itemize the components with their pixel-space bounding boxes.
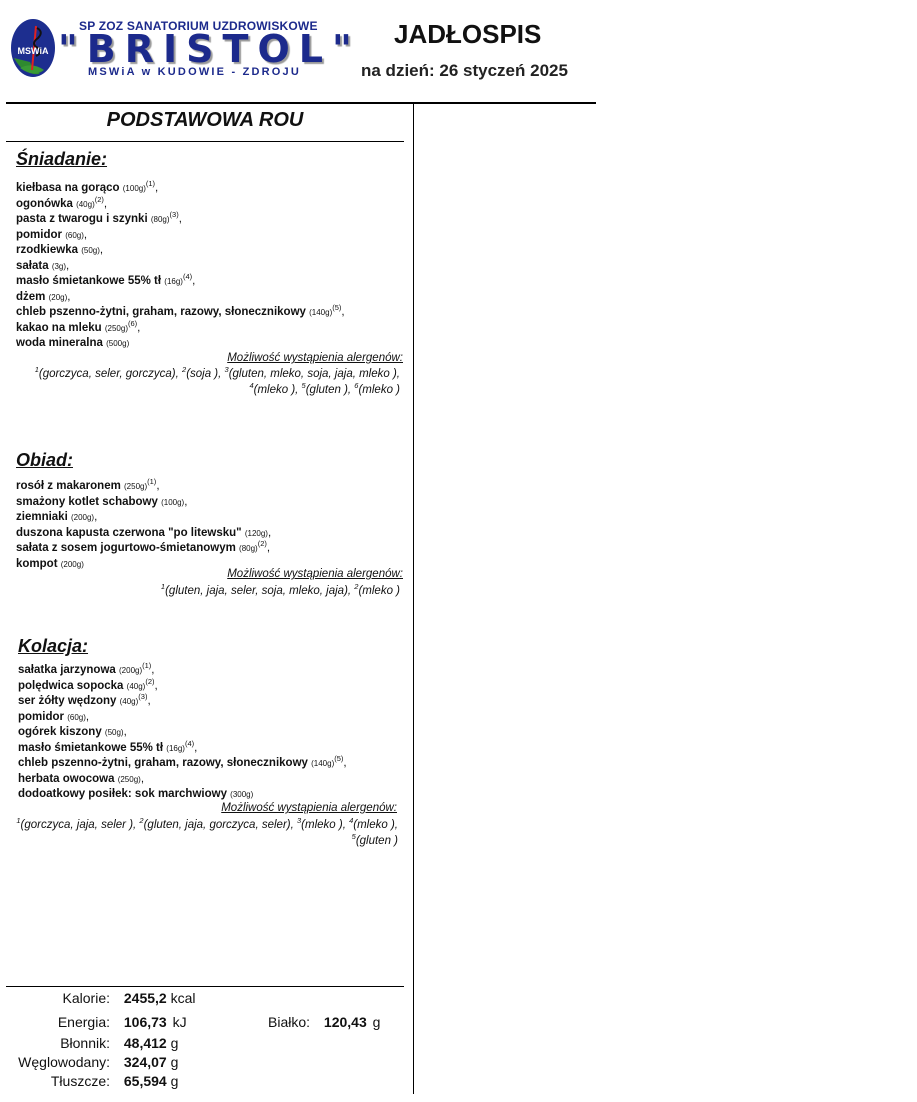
menu-item: rzodkiewka (50g),: [16, 243, 345, 259]
menu-item: chleb pszenno-żytni, graham, razowy, sło…: [18, 756, 347, 772]
allergen-list: (mleko ),: [254, 384, 302, 396]
menu-item-quantity: (40g): [120, 697, 139, 706]
menu-item-name: sałatka jarzynowa: [18, 664, 119, 676]
menu-item-quantity: (40g): [76, 200, 95, 209]
menu-item: pomidor (60g),: [16, 228, 345, 244]
meal-heading-lunch: Obiad:: [16, 450, 73, 471]
allergen-list: (mleko ),: [353, 819, 398, 831]
menu-item-quantity: (120g): [245, 529, 268, 538]
nutrition-protein: Białko: 120,43 g: [268, 1014, 380, 1030]
allergen-ref: (4): [185, 739, 194, 748]
allergen-list: (gluten, mleko, soja, jaja, mleko ),: [229, 368, 400, 380]
breakfast-allergen-heading: Możliwość wystąpienia alergenów:: [227, 352, 403, 364]
lunch-items: rosół z makaronem (250g)(1),smażony kotl…: [16, 479, 271, 572]
menu-item: pomidor (60g),: [18, 710, 347, 726]
breakfast-allergens: 1(gorczyca, seler, gorczyca), 2(soja ), …: [16, 366, 400, 398]
breakfast-items: kiełbasa na gorąco (100g)(1),ogonówka (4…: [16, 181, 345, 352]
column-divider: [413, 104, 414, 1094]
menu-item-quantity: (60g): [65, 231, 84, 240]
menu-item-quantity: (250g): [118, 775, 141, 784]
menu-item: sałata z sosem jogurtowo-śmietanowym (80…: [16, 541, 271, 557]
menu-item-quantity: (60g): [67, 713, 86, 722]
allergen-ref: (1): [146, 179, 155, 188]
menu-item: smażony kotlet schabowy (100g),: [16, 495, 271, 511]
allergen-list: (mleko ): [358, 585, 400, 597]
nutrition-carbs: Węglowodany: 324,07 g: [0, 1054, 178, 1070]
lunch-allergen-heading: Możliwość wystąpienia alergenów:: [227, 568, 403, 580]
menu-item-name: ogonówka: [16, 198, 76, 210]
menu-item: ogórek kiszony (50g),: [18, 725, 347, 741]
menu-item: kiełbasa na gorąco (100g)(1),: [16, 181, 345, 197]
menu-item-name: rosół z makaronem: [16, 480, 124, 492]
menu-item: pasta z twarogu i szynki (80g)(3),: [16, 212, 345, 228]
menu-item-quantity: (200g): [71, 513, 94, 522]
menu-item: woda mineralna (500g): [16, 336, 345, 352]
menu-item: ogonówka (40g)(2),: [16, 197, 345, 213]
diet-divider: [6, 141, 404, 142]
nutrition-energy: Energia: 106,73 kJ: [0, 1014, 187, 1030]
lunch-allergens: 1(gluten, jaja, seler, soja, mleko, jaja…: [16, 583, 400, 599]
menu-item-quantity: (250g): [105, 324, 128, 333]
menu-item-name: rzodkiewka: [16, 244, 81, 256]
menu-item-name: kompot: [16, 558, 61, 570]
menu-item-quantity: (250g): [124, 482, 147, 491]
menu-item-name: smażony kotlet schabowy: [16, 496, 161, 508]
menu-item-name: pomidor: [16, 229, 65, 241]
menu-item-name: masło śmietankowe 55% tł: [16, 275, 164, 287]
menu-item-quantity: (100g): [123, 184, 146, 193]
menu-item-quantity: (300g): [230, 790, 253, 799]
menu-item: herbata owocowa (250g),: [18, 772, 347, 788]
menu-item-name: sałata: [16, 260, 52, 272]
menu-item-quantity: (80g): [239, 544, 258, 553]
menu-item: chleb pszenno-żytni, graham, razowy, sło…: [16, 305, 345, 321]
menu-item-quantity: (16g): [166, 744, 185, 753]
allergen-list: (soja ),: [186, 368, 224, 380]
allergen-ref: (2): [95, 195, 104, 204]
menu-item-quantity: (200g): [119, 666, 142, 675]
allergen-list: (mleko ),: [301, 819, 349, 831]
menu-item: rosół z makaronem (250g)(1),: [16, 479, 271, 495]
menu-item: sałata (3g),: [16, 259, 345, 275]
menu-item: ziemniaki (200g),: [16, 510, 271, 526]
nutrition-divider: [6, 986, 404, 987]
menu-item-name: pasta z twarogu i szynki: [16, 213, 151, 225]
menu-item-quantity: (20g): [49, 293, 68, 302]
menu-item-name: chleb pszenno-żytni, graham, razowy, sło…: [18, 757, 311, 769]
allergen-ref: (3): [170, 210, 179, 219]
menu-item: masło śmietankowe 55% tł (16g)(4),: [18, 741, 347, 757]
allergen-list: (gluten ): [356, 835, 398, 847]
menu-item-name: ser żółty wędzony: [18, 695, 120, 707]
svg-text:MSWiA: MSWiA: [18, 46, 49, 56]
menu-item-quantity: (40g): [127, 682, 146, 691]
menu-item-quantity: (50g): [81, 246, 100, 255]
menu-item-quantity: (3g): [52, 262, 66, 271]
menu-item: dodoatkowy posiłek: sok marchwiowy (300g…: [18, 787, 347, 803]
diet-name: PODSTAWOWA ROU: [6, 109, 404, 132]
menu-item-quantity: (100g): [161, 498, 184, 507]
institution-sub: MSWiA w KUDOWIE - ZDROJU: [88, 66, 301, 78]
menu-item-name: chleb pszenno-żytni, graham, razowy, sło…: [16, 306, 309, 318]
dinner-allergens: 1(gorczyca, jaja, seler ), 2(gluten, jaj…: [16, 817, 398, 849]
allergen-list: (gorczyca, jaja, seler ),: [21, 819, 140, 831]
menu-item: kakao na mleku (250g)(6),: [16, 321, 345, 337]
menu-item-name: duszona kapusta czerwona "po litewsku": [16, 527, 245, 539]
menu-date: na dzień: 26 styczeń 2025: [361, 61, 568, 81]
allergen-ref: (2): [145, 677, 154, 686]
nutrition-calories: Kalorie: 2455,2 kcal: [0, 990, 196, 1006]
meal-heading-breakfast: Śniadanie:: [16, 149, 107, 170]
dinner-allergen-heading: Możliwość wystąpienia alergenów:: [221, 802, 397, 814]
menu-item-quantity: (140g): [311, 759, 334, 768]
menu-item-quantity: (200g): [61, 560, 84, 569]
allergen-ref: (4): [183, 272, 192, 281]
page-title: JADŁOSPIS: [394, 19, 541, 50]
meal-heading-dinner: Kolacja:: [18, 636, 88, 657]
menu-item-name: masło śmietankowe 55% tł: [18, 742, 166, 754]
allergen-list: (gluten, jaja, seler, soja, mleko, jaja)…: [165, 585, 354, 597]
menu-item: duszona kapusta czerwona "po litewsku" (…: [16, 526, 271, 542]
menu-item-name: sałata z sosem jogurtowo-śmietanowym: [16, 542, 239, 554]
allergen-ref: (6): [128, 319, 137, 328]
menu-item-quantity: (16g): [164, 277, 183, 286]
menu-item-name: kiełbasa na gorąco: [16, 182, 123, 194]
allergen-ref: (1): [147, 477, 156, 486]
menu-item-name: kakao na mleku: [16, 322, 105, 334]
allergen-list: (gorczyca, seler, gorczyca),: [39, 368, 182, 380]
menu-item-quantity: (500g): [106, 339, 129, 348]
mswia-emblem-icon: MSWiA: [10, 18, 56, 78]
dinner-items: sałatka jarzynowa (200g)(1),polędwica so…: [18, 663, 347, 803]
allergen-ref: (2): [258, 539, 267, 548]
menu-item-quantity: (140g): [309, 308, 332, 317]
menu-item-quantity: (80g): [151, 215, 170, 224]
menu-item-name: dodoatkowy posiłek: sok marchwiowy: [18, 788, 230, 800]
menu-item: sałatka jarzynowa (200g)(1),: [18, 663, 347, 679]
menu-item-name: herbata owocowa: [18, 773, 118, 785]
menu-item-name: woda mineralna: [16, 337, 106, 349]
menu-item-name: ziemniaki: [16, 511, 71, 523]
allergen-list: (gluten ),: [306, 384, 355, 396]
menu-item: dżem (20g),: [16, 290, 345, 306]
menu-item-name: dżem: [16, 291, 49, 303]
allergen-list: (gluten, jaja, gorczyca, seler),: [144, 819, 297, 831]
menu-item: polędwica sopocka (40g)(2),: [18, 679, 347, 695]
header-divider: [6, 102, 596, 104]
menu-item-name: polędwica sopocka: [18, 680, 127, 692]
menu-item: ser żółty wędzony (40g)(3),: [18, 694, 347, 710]
nutrition-fat: Tłuszcze: 65,594 g: [0, 1073, 178, 1089]
menu-item: masło śmietankowe 55% tł (16g)(4),: [16, 274, 345, 290]
menu-item-name: pomidor: [18, 711, 67, 723]
institution-name: "BRISTOL": [58, 27, 361, 71]
nutrition-fiber: Błonnik: 48,412 g: [0, 1035, 178, 1051]
allergen-list: (mleko ): [358, 384, 400, 396]
menu-item-quantity: (50g): [105, 728, 124, 737]
menu-item-name: ogórek kiszony: [18, 726, 105, 738]
allergen-ref: (1): [142, 661, 151, 670]
